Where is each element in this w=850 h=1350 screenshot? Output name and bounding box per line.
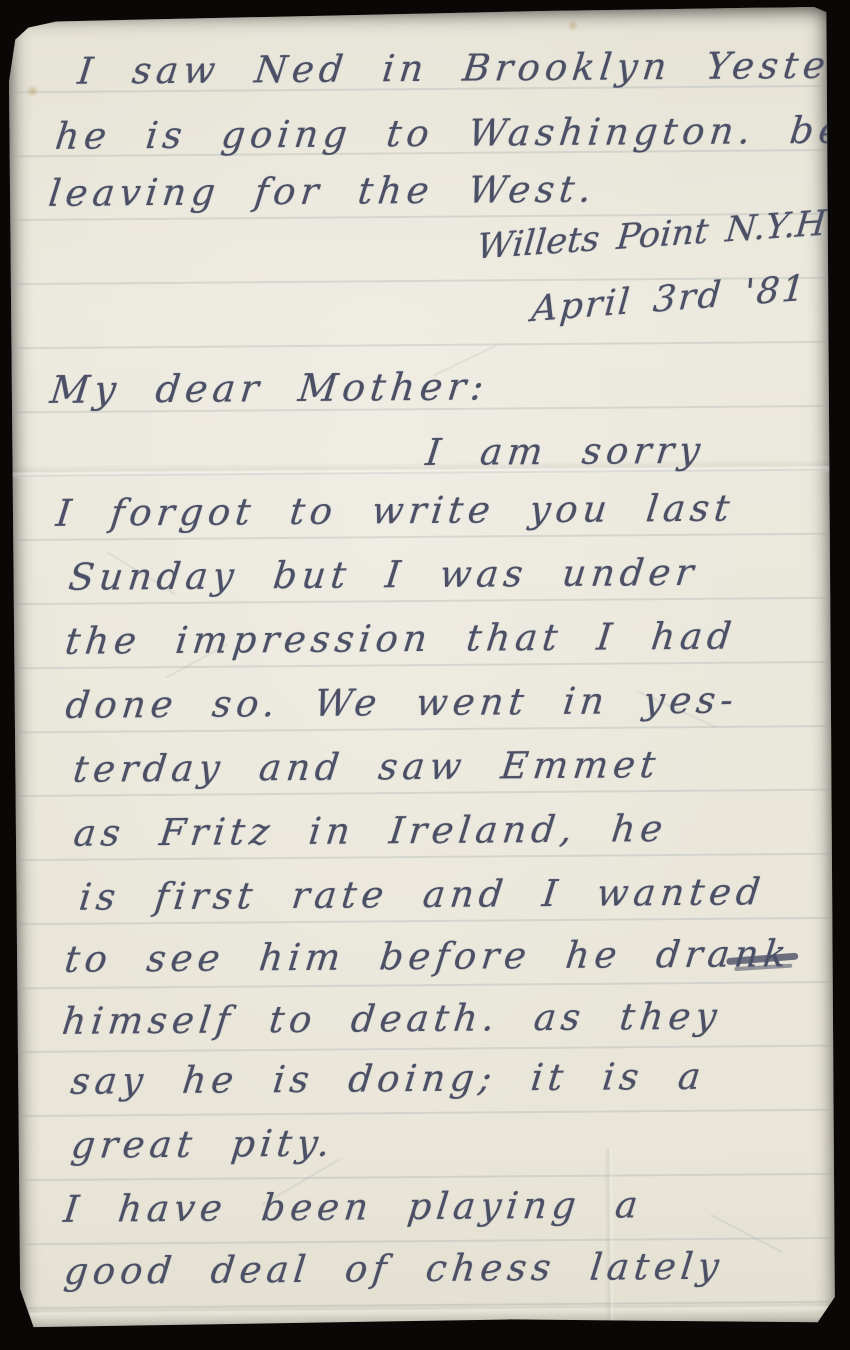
letter-paper: I saw Ned in Brooklyn Yesterday. he is g… — [7, 7, 839, 1335]
handwritten-line-top-note: I saw Ned in Brooklyn Yesterday. — [76, 46, 850, 92]
handwritten-line-body: is first rate and I wanted — [77, 873, 767, 917]
handwritten-line-body: I forgot to write you last — [54, 490, 736, 534]
handwritten-line-body: I am sorry — [424, 432, 707, 473]
handwritten-line-body: good deal of chess lately — [62, 1248, 726, 1292]
salutation: My dear Mother: — [48, 367, 491, 410]
paper-stain — [25, 85, 39, 97]
handwritten-line-body: Sunday but I was under — [67, 554, 701, 598]
handwritten-line-body: himself to death. as they — [60, 998, 723, 1042]
handwritten-line-body: the impression that I had — [63, 618, 738, 662]
paper-stain — [567, 21, 579, 31]
letter-scan: I saw Ned in Brooklyn Yesterday. he is g… — [0, 0, 850, 1350]
handwritten-line-body: done so. We went in yes- — [64, 682, 740, 726]
handwritten-line-body: terday and saw Emmet — [71, 746, 662, 789]
handwritten-line-body: as Fritz in Ireland, he — [72, 810, 670, 854]
handwritten-line-top-note: he is going to Washington. before — [53, 111, 850, 157]
handwritten-line-top-note: leaving for the West. — [47, 171, 599, 214]
fold-crease-vertical — [604, 1149, 615, 1331]
handwritten-line-body: I have been playing a — [62, 1186, 645, 1229]
handwritten-line-body: say he is doing; it is a — [69, 1058, 708, 1102]
handwritten-line-body: great pity. — [69, 1125, 337, 1166]
handwritten-line-body: to see him before he drank — [63, 935, 793, 980]
